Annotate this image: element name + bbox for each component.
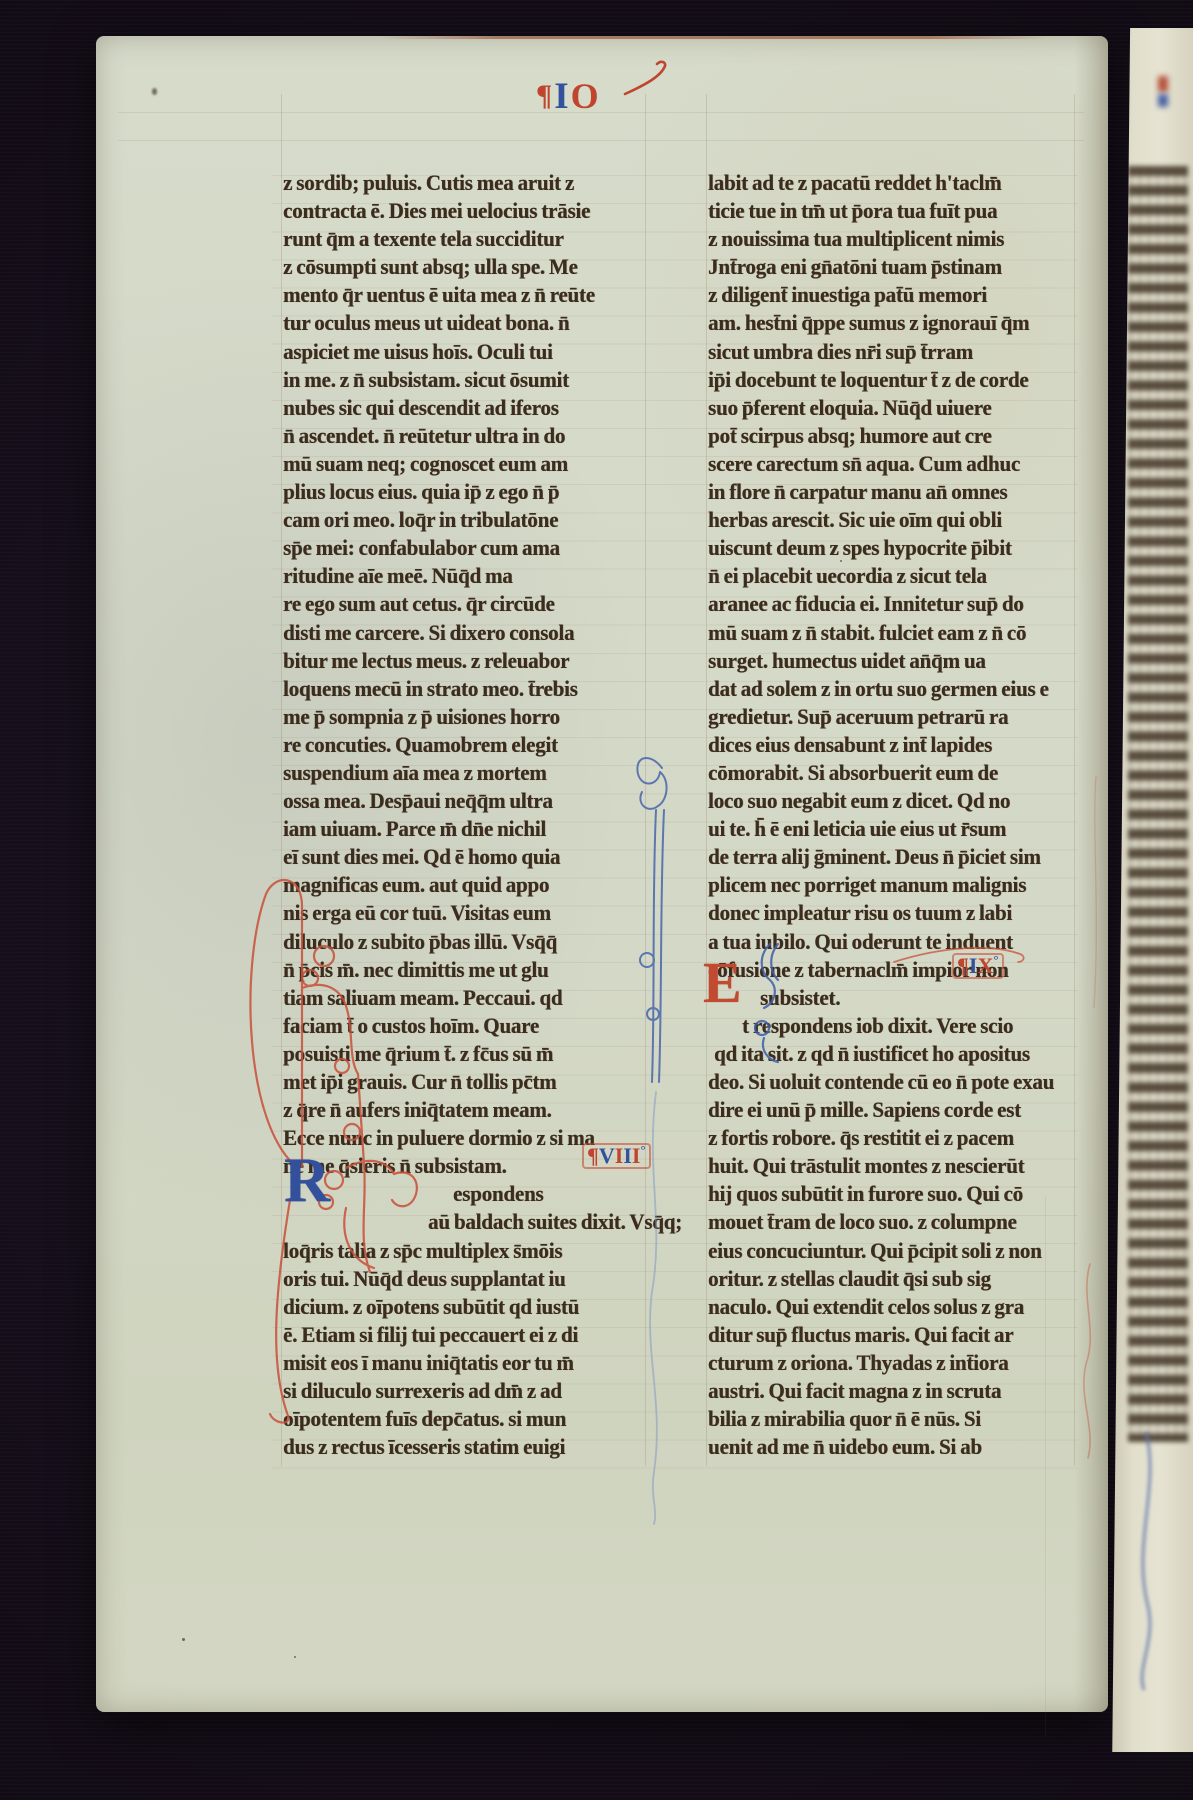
text-line: uenit ad me n̄ uidebo eum. Si ab	[708, 1432, 1076, 1461]
text-line: ip̄i docebunt te loquentur t̄ z de corde	[708, 365, 1076, 394]
text-line: naculo. Qui extendit celos solus z gra	[708, 1292, 1076, 1321]
text-line: ossa mea. Desp̄aui neq̄q̄m ultra	[283, 786, 649, 815]
initial-e-filigree	[748, 938, 796, 1068]
text-line: scere carectum sn̄ aqua. Cum adhuc	[708, 449, 1076, 478]
running-title: ¶IO	[536, 78, 599, 115]
running-title-letter: ¶	[536, 81, 552, 111]
text-line: bitur me lectus meus. z releuabor	[283, 646, 649, 675]
text-line: ritudine aīe meē. Nūq̄d ma	[283, 561, 649, 590]
text-line: z diligent̄ inuestiga pat̄ū memori	[708, 280, 1076, 309]
text-line: re concuties. Quamobrem elegit	[283, 730, 649, 759]
text-line: tur oculus meus ut uideat bona. n̄	[283, 308, 649, 337]
text-line: sicut umbra dies nr̄i sup̄ t̄rram	[708, 337, 1076, 366]
text-line: labit ad te z pacatū reddet h'taclm̄	[708, 168, 1076, 197]
parchment-speck	[840, 560, 842, 562]
right-margin-red-hairline	[1086, 772, 1106, 1012]
running-title-letter: I	[554, 78, 568, 115]
ruling-line-header	[118, 140, 1084, 141]
right-margin-red-squiggle	[1076, 1258, 1108, 1468]
text-line: z cōsumpti sunt absq; ulla spe. Me	[283, 252, 649, 281]
chapter-initial-e: E	[703, 954, 742, 1012]
text-column-right: labit ad te z pacatū reddet h'taclm̄tici…	[708, 168, 1076, 1460]
text-line: austri. Qui facit magna z in scruta	[708, 1376, 1076, 1405]
text-line: eius concuciuntur. Qui p̄cipit soli z no…	[708, 1236, 1076, 1265]
text-line: in me. z n̄ subsistam. sicut ōsumit	[283, 365, 649, 394]
text-line: bilia z mirabilia quor n̄ ē nūs. Si	[708, 1404, 1076, 1433]
text-line: cturum z oriona. Thyadas z int̄iora	[708, 1348, 1076, 1377]
text-line: iam uiuam. Parce m̄ dn̄e nichil	[283, 814, 649, 843]
running-title-flourish-icon	[621, 58, 691, 98]
text-line: disti me carcere. Si dixero consola	[283, 618, 649, 647]
text-line: in flore n̄ carpatur manu an̄ omnes	[708, 477, 1076, 506]
text-line: n̄ ei placebit uecordia z sicut tela	[708, 561, 1076, 590]
text-line: mū suam z n̄ stabit. fulciet eam z n̄ cō	[708, 618, 1076, 647]
text-line: mouet t̄ram de loco suo. z columpne	[708, 1207, 1076, 1236]
parchment-speck	[294, 1656, 296, 1658]
text-line: runt q̄m a texente tela succiditur	[283, 224, 649, 253]
text-line: me p̄ sompnia z p̄ uisiones horro	[283, 702, 649, 731]
text-line: suo p̄ferent eloquia. Nūq̄d uiuere	[708, 393, 1076, 422]
text-line: z fortis robore. q̄s restitit ei z pacem	[708, 1123, 1076, 1152]
fore-edge-stack	[1108, 28, 1193, 1752]
text-line: subsistet.	[760, 983, 1076, 1012]
text-line: Jnt̄roga eni gn̄atōni tuam p̄stinam	[708, 252, 1076, 281]
text-line: loquens mecū in strato meo. t̄rebis	[283, 674, 649, 703]
photo-backdrop: { "colors": { "accent_red": "#c0452e", "…	[0, 0, 1193, 1800]
text-line: huit. Qui trāstulit montes z nescierūt	[708, 1151, 1076, 1180]
text-line: mū suam neq; cognoscet eum am	[283, 449, 649, 478]
parchment-speck	[182, 1638, 185, 1641]
text-line: mento q̄r uentus ē uita mea z n̄ reūte	[283, 280, 649, 309]
manuscript-page: ¶IO z sordib; puluis. Cutis mea aruit zc…	[96, 36, 1108, 1712]
text-line: ui te. h̄ ē eni leticia uie eius ut r̄su…	[708, 814, 1076, 843]
chapter-marker-box	[952, 953, 1004, 979]
text-line: am. hest̄ni q̄ppe sumus z ignorauī q̄m	[708, 308, 1076, 337]
fore-edge-blurred-text	[1128, 166, 1188, 1442]
text-line: cōmorabit. Si absorbuerit eum de	[708, 758, 1076, 787]
text-line: hij quos subūtit in furore suo. Qui cō	[708, 1179, 1076, 1208]
text-line: sp̄e mei: confabulabor cum ama	[283, 533, 649, 562]
text-line: suspendium aīa mea z mortem	[283, 758, 649, 787]
text-line: oritur. z stellas claudit q̄si sub sig	[708, 1264, 1076, 1293]
chapter-viii-marker: ¶VIII°	[584, 1144, 649, 1168]
text-line: donec impleatur risu os tuum z labi	[708, 898, 1076, 927]
text-line: de terra alij ḡminent. Deus n̄ p̄iciet s…	[708, 842, 1076, 871]
text-line: surget. humectus uidet an̄q̄m ua	[708, 646, 1076, 675]
text-line: loco suo negabit eum z dicet. Qd no	[708, 786, 1076, 815]
running-title-letter: O	[571, 78, 599, 114]
text-line: pot̄ scirpus absq; humore aut cre	[708, 421, 1076, 450]
fore-edge-red-initial	[1158, 76, 1168, 92]
text-line: ticie tue in tm̄ ut p̄ora tua fuīt pua	[708, 196, 1076, 225]
fore-edge-blue-initial	[1158, 94, 1168, 107]
text-line: plius locus eius. quia ip̄ z ego n̄ p̄	[283, 477, 649, 506]
text-line: dat ad solem z in ortu suo germen eius e	[708, 674, 1076, 703]
text-line: ditur sup̄ fluctus maris. Qui facit ar	[708, 1320, 1076, 1349]
text-line: re ego sum aut cetus. q̄r circūde	[283, 589, 649, 618]
text-line: dire ei unū p̄ mille. Sapiens corde est	[708, 1095, 1076, 1124]
text-line: cam ori meo. loq̄r in tribulatōne	[283, 505, 649, 534]
text-line: nubes sic qui descendit ad iferos	[283, 393, 649, 422]
text-line: deo. Si uoluit contende cū eo n̄ pote ex…	[708, 1067, 1076, 1096]
chapter-ix-marker: ¶IX°	[954, 954, 1002, 978]
text-line: aranee ac fiducia ei. Innitetur sup̄ do	[708, 589, 1076, 618]
parchment-stain	[152, 88, 157, 95]
chapter-initial-r: R	[284, 1148, 330, 1212]
ruling-line-header	[118, 112, 1084, 113]
text-line: herbas arescit. Sic uie oīm qui obli	[708, 505, 1076, 534]
text-line: uiscunt deum z spes hypocrite p̄ibit	[708, 533, 1076, 562]
text-line: z nouissima tua multiplicent nimis	[708, 224, 1076, 253]
chapter-marker-box	[582, 1143, 651, 1169]
text-line: dices eius densabunt z int̄ lapides	[708, 730, 1076, 759]
text-line: gredietur. Sup̄ aceruum petrarū ra	[708, 702, 1076, 731]
text-line: espondens	[453, 1179, 649, 1208]
text-line: n̄ ascendet. n̄ reūtetur ultra in do	[283, 421, 649, 450]
ruling-line-vertical	[1074, 94, 1075, 1466]
text-line: aū baldach suites dixit. Vsq̄q;	[428, 1207, 649, 1236]
text-line: z sordib; puluis. Cutis mea aruit z	[283, 168, 649, 197]
red-filigree-flourish	[228, 868, 448, 1508]
fore-edge-blue-flourish	[1114, 1424, 1168, 1704]
text-line: plicem nec porriget manum malignis	[708, 870, 1076, 899]
text-line: aspiciet me uisus hoīs. Oculi tui	[283, 337, 649, 366]
text-line: contracta ē. Dies mei uelocius trāsie	[283, 196, 649, 225]
